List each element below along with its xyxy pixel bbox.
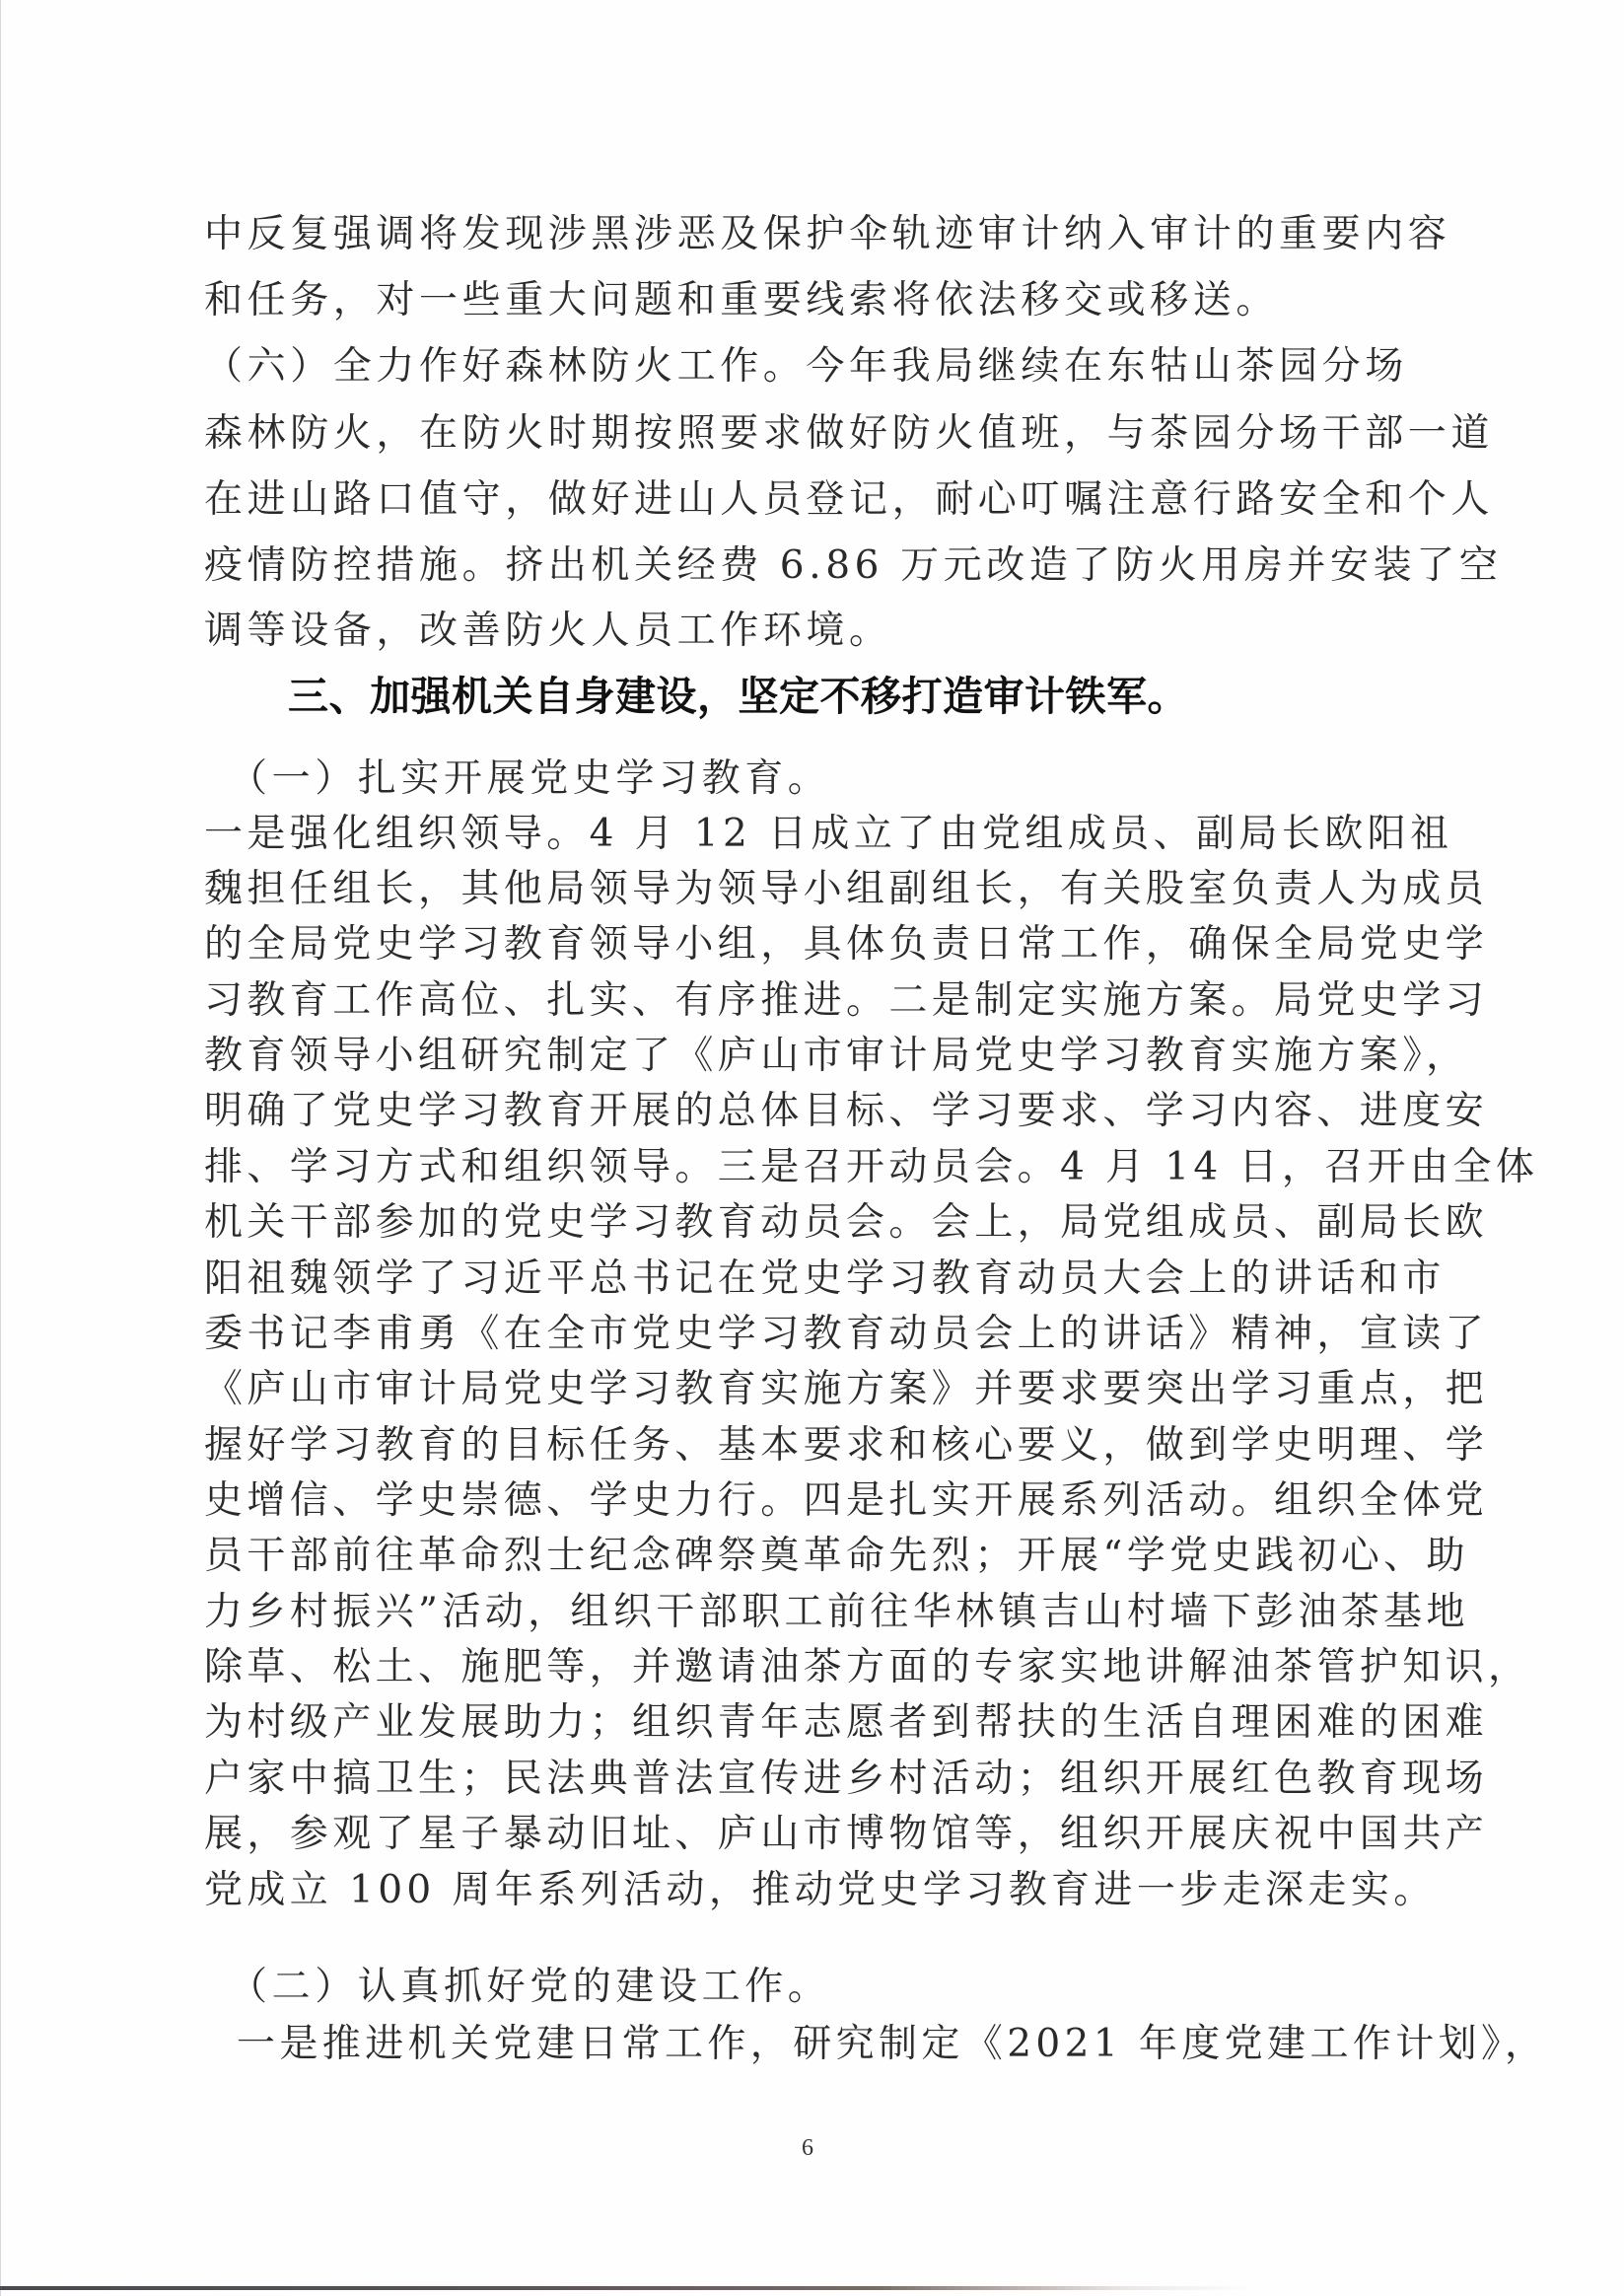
section-six-title-line: （六）全力作好森林防火工作。今年我局继续在东牯山茶园分场	[204, 342, 1417, 392]
paragraph-line: 为村级产业发展助力；组织青年志愿者到帮扶的生活自理困难的困难	[204, 1698, 1417, 1748]
paragraph-line: 史增信、学史崇德、学史力行。四是扎实开展系列活动。组织全体党	[204, 1476, 1417, 1526]
subsection-one-title: （一）扎实开展党史学习教育。	[229, 754, 1442, 804]
scan-left-edge	[0, 0, 1, 2296]
subsection-two-title: （二）认真抓好党的建设工作。	[229, 1963, 1442, 2012]
paragraph-line: 党成立 100 周年系列活动，推动党史学习教育进一步走深走实。	[204, 1866, 1417, 1915]
paragraph-line: 疫情防控措施。挤出机关经费 6.86 万元改造了防火用房并安装了空	[204, 541, 1417, 591]
paragraph-line: 明确了党史学习教育开展的总体目标、学习要求、学习内容、进度安	[204, 1087, 1417, 1136]
paragraph-line: 习教育工作高位、扎实、有序推进。二是制定实施方案。局党史学习	[204, 976, 1417, 1026]
paragraph-line: 《庐山市审计局党史学习教育实施方案》并要求要突出学习重点，把	[204, 1365, 1417, 1414]
paragraph-line: 户家中搞卫生；民法典普法宣传进乡村活动；组织开展红色教育现场	[204, 1755, 1417, 1804]
paragraph-line: 机关干部参加的党史学习教育动员会。会上，局党组成员、副局长欧	[204, 1198, 1417, 1248]
paragraph-line: 调等设备，改善防火人员工作环境。	[204, 607, 1417, 656]
paragraph-line: 一是推进机关党建日常工作，研究制定《2021 年度党建工作计划》，	[237, 2020, 1449, 2069]
paragraph-line: 委书记李甫勇《在全市党史学习教育动员会上的讲话》精神，宣读了	[204, 1310, 1417, 1359]
paragraph-line: 一是强化组织领导。4 月 12 日成立了由党组成员、副局长欧阳祖	[204, 810, 1417, 859]
paragraph-line: 展，参观了星子暴动旧址、庐山市博物馆等，组织开展庆祝中国共产	[204, 1810, 1417, 1859]
paragraph-line: 阳祖魏领学了习近平总书记在党史学习教育动员大会上的讲话和市	[204, 1255, 1417, 1304]
paragraph-line: 在进山路口值守，做好进山人员登记，耐心叮嘱注意行路安全和个人	[204, 475, 1417, 525]
section-heading-three: 三、加强机关自身建设，坚定不移打造审计铁军。	[288, 671, 1188, 722]
paragraph-line: 的全局党史学习教育领导小组，具体负责日常工作，确保全局党史学	[204, 920, 1417, 969]
paragraph-line: 和任务，对一些重大问题和重要线索将依法移交或移送。	[204, 276, 1417, 325]
paragraph-line: 教育领导小组研究制定了《庐山市审计局党史学习教育实施方案》，	[204, 1032, 1417, 1081]
paragraph-line: 魏担任组长，其他局领导为领导小组副组长，有关股室负责人为成员	[204, 865, 1417, 914]
document-page: 中反复强调将发现涉黑涉恶及保护伞轨迹审计纳入审计的重要内容 和任务，对一些重大问…	[0, 0, 1624, 2296]
scan-bottom-edge	[0, 2286, 1252, 2290]
paragraph-line: 除草、松土、施肥等，并邀请油茶方面的专家实地讲解油茶管护知识，	[204, 1643, 1417, 1692]
page-number: 6	[802, 2135, 813, 2162]
paragraph-line: 排、学习方式和组织领导。三是召开动员会。4 月 14 日，召开由全体	[204, 1143, 1417, 1192]
paragraph-line: 握好学习教育的目标任务、基本要求和核心要义，做到学史明理、学	[204, 1421, 1417, 1471]
paragraph-line: 力乡村振兴”活动，组织干部职工前往华林镇吉山村墙下彭油茶基地	[204, 1588, 1417, 1637]
paragraph-line: 森林防火，在防火时期按照要求做好防火值班，与茶园分场干部一道	[204, 409, 1417, 459]
paragraph-line: 员干部前往革命烈士纪念碑祭奠革命先烈；开展“学党史践初心、助	[204, 1532, 1417, 1581]
paragraph-line: 中反复强调将发现涉黑涉恶及保护伞轨迹审计纳入审计的重要内容	[204, 210, 1417, 259]
